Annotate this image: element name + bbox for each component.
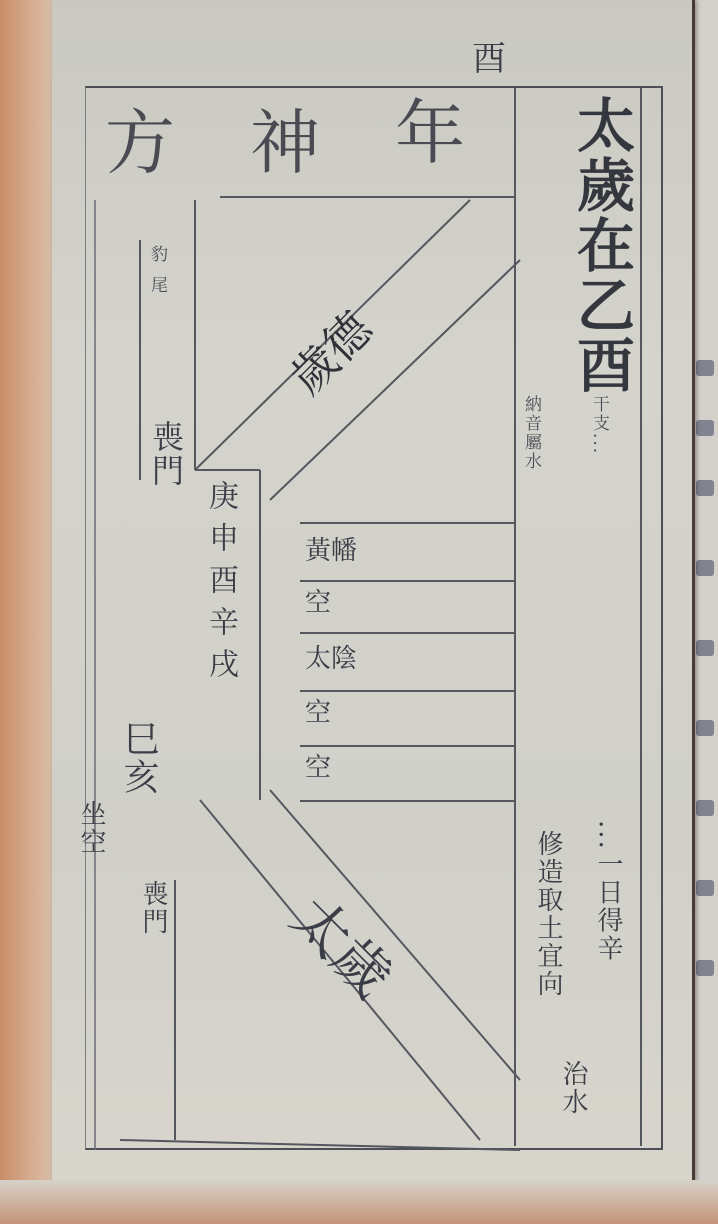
- left-column-lower: 巳亥: [120, 720, 156, 796]
- left-bottom-note: 喪門: [140, 880, 166, 936]
- row-label-3: 太陰: [305, 646, 357, 672]
- left-column-upper: 豹尾: [148, 245, 165, 307]
- left-column-mid: 喪門: [150, 420, 182, 488]
- row-label-1: 黃幡: [305, 538, 357, 564]
- center-column-text: 庚申酉辛戌: [205, 480, 235, 690]
- row-label-5: 空: [305, 755, 331, 781]
- row-label-2: 空: [305, 590, 331, 616]
- left-margin-text: 坐空: [78, 800, 104, 856]
- row-label-4: 空: [305, 700, 331, 726]
- diagonal-lines: [0, 0, 718, 1224]
